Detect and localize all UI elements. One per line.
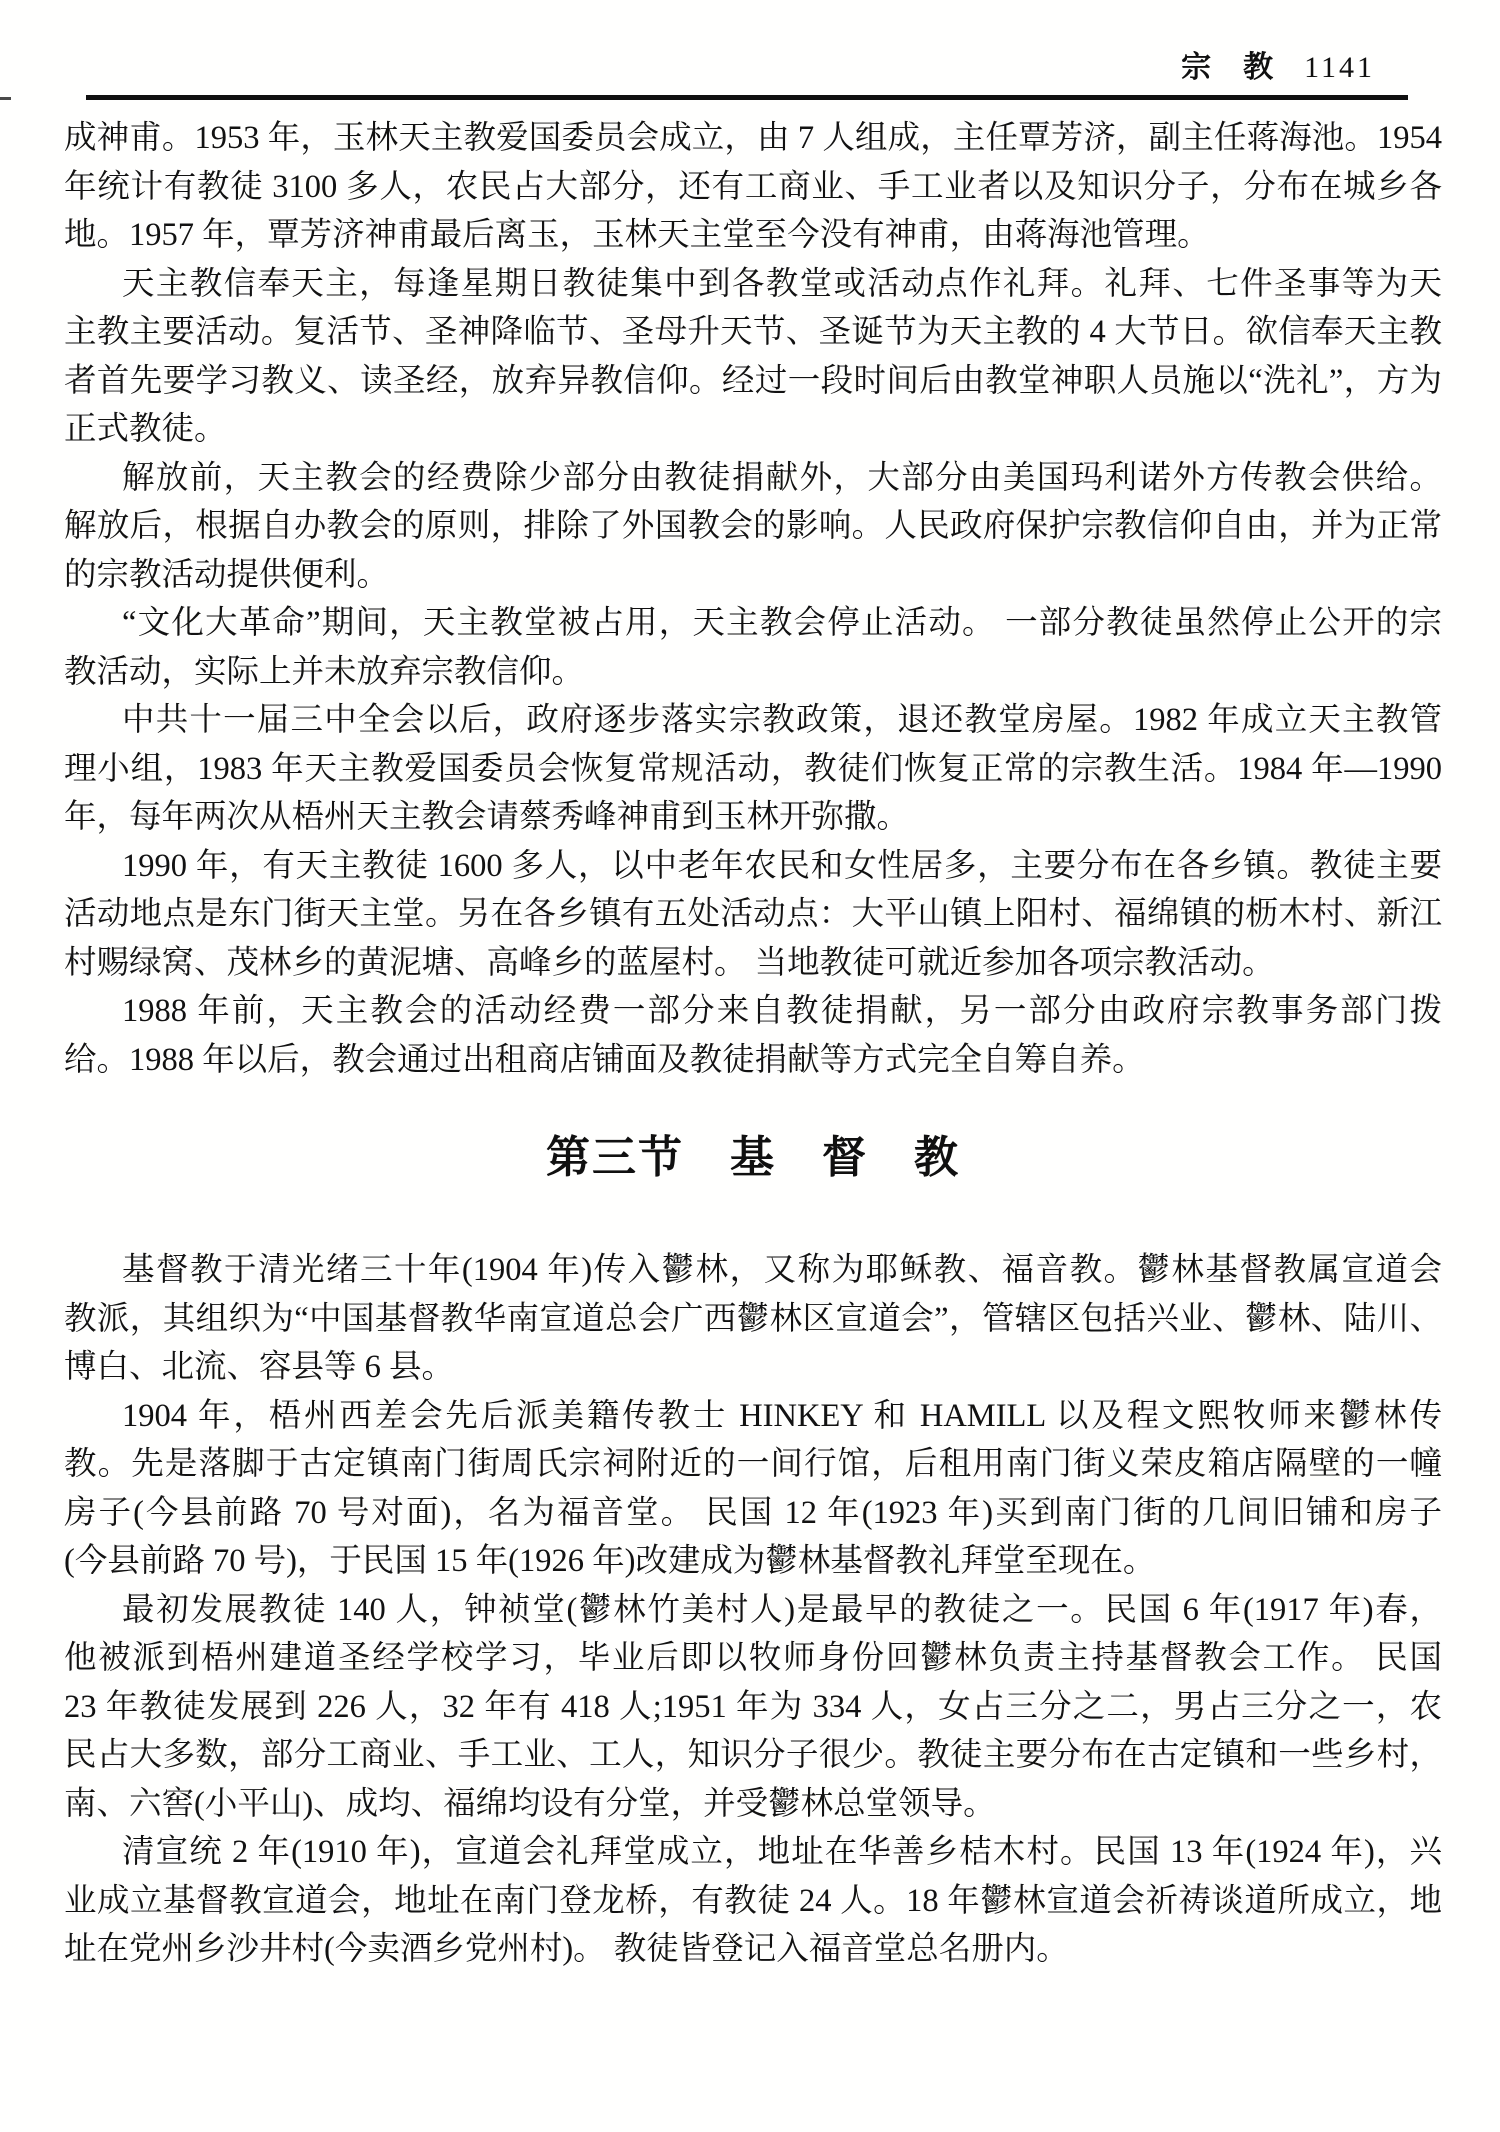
text-line: 活动地点是东门街天主堂。另在各乡镇有五处活动点：大平山镇上阳村、福绵镇的枥木村、… xyxy=(64,890,1442,939)
paragraph: 最初发展教徒 140 人，钟祯堂(鬱林竹美村人)是最早的教徒之一。民国 6 年(… xyxy=(64,1586,1442,1829)
page-content: 成神甫。1953 年，玉林天主教爱国委员会成立，由 7 人组成，主任覃芳济，副主… xyxy=(64,114,1442,1974)
paragraph: 天主教信奉天主，每逢星期日教徒集中到各教堂或活动点作礼拜。礼拜、七件圣事等为天 … xyxy=(64,260,1442,454)
text-line: (今县前路 70 号)，于民国 15 年(1926 年)改建成为鬱林基督教礼拜堂… xyxy=(64,1537,1442,1586)
text-line: 业成立基督教宣道会，地址在南门登龙桥，有教徒 24 人。18 年鬱林宣道会祈祷谈… xyxy=(64,1877,1442,1926)
scan-artifact xyxy=(0,97,11,100)
text-line: 解放后，根据自办教会的原则，排除了外国教会的影响。人民政府保护宗教信仰自由，并为… xyxy=(64,502,1442,551)
text-line: 清宣统 2 年(1910 年)，宣道会礼拜堂成立，地址在华善乡桔木村。民国 13… xyxy=(64,1828,1442,1877)
text-line: 主教主要活动。复活节、圣神降临节、圣母升天节、圣诞节为天主教的 4 大节日。欲信… xyxy=(64,308,1442,357)
paragraph: 解放前，天主教会的经费除少部分由教徒捐献外，大部分由美国玛利诺外方传教会供给。 … xyxy=(64,454,1442,600)
text-line: 房子(今县前路 70 号对面)，名为福音堂。 民国 12 年(1923 年)买到… xyxy=(64,1489,1442,1538)
paragraph: 基督教于清光绪三十年(1904 年)传入鬱林，又称为耶稣教、福音教。鬱林基督教属… xyxy=(64,1246,1442,1392)
header-section-title: 宗 教 xyxy=(1181,51,1274,84)
text-line: 年统计有教徒 3100 多人，农民占大部分，还有工商业、手工业者以及知识分子，分… xyxy=(64,163,1442,212)
paragraph: 1990 年，有天主教徒 1600 多人，以中老年农民和女性居多，主要分布在各乡… xyxy=(64,842,1442,988)
text-line: 基督教于清光绪三十年(1904 年)传入鬱林，又称为耶稣教、福音教。鬱林基督教属… xyxy=(64,1246,1442,1295)
text-line: 1990 年，有天主教徒 1600 多人，以中老年农民和女性居多，主要分布在各乡… xyxy=(64,842,1442,891)
text-line: 23 年教徒发展到 226 人，32 年有 418 人;1951 年为 334 … xyxy=(64,1683,1442,1732)
text-line: 最初发展教徒 140 人，钟祯堂(鬱林竹美村人)是最早的教徒之一。民国 6 年(… xyxy=(64,1586,1442,1635)
text-line: 地。1957 年，覃芳济神甫最后离玉，玉林天主堂至今没有神甫，由蒋海池管理。 xyxy=(64,211,1442,260)
text-line: 1904 年，梧州西差会先后派美籍传教士 HINKEY 和 HAMILL 以及程… xyxy=(64,1392,1442,1441)
text-line: 理小组，1983 年天主教爱国委员会恢复常规活动，教徒们恢复正常的宗教生活。19… xyxy=(64,745,1442,794)
catholicism-section-text: 成神甫。1953 年，玉林天主教爱国委员会成立，由 7 人组成，主任覃芳济，副主… xyxy=(64,114,1442,1084)
text-line: 天主教信奉天主，每逢星期日教徒集中到各教堂或活动点作礼拜。礼拜、七件圣事等为天 xyxy=(64,260,1442,309)
text-line: 正式教徒。 xyxy=(64,405,1442,454)
header-divider xyxy=(86,95,1408,100)
page-number: 1141 xyxy=(1304,51,1375,84)
text-line: 者首先要学习教义、读圣经，放弃异教信仰。经过一段时间后由教堂神职人员施以“洗礼”… xyxy=(64,357,1442,406)
text-line: 他被派到梧州建道圣经学校学习，毕业后即以牧师身份回鬱林负责主持基督教会工作。 民… xyxy=(64,1634,1442,1683)
book-page: 宗 教1141 成神甫。1953 年，玉林天主教爱国委员会成立，由 7 人组成，… xyxy=(0,0,1500,2132)
paragraph: 1904 年，梧州西差会先后派美籍传教士 HINKEY 和 HAMILL 以及程… xyxy=(64,1392,1442,1586)
paragraph: “文化大革命”期间，天主教堂被占用，天主教会停止活动。 一部分教徒虽然停止公开的… xyxy=(64,599,1442,696)
text-line: 博白、北流、容县等 6 县。 xyxy=(64,1343,1442,1392)
text-line: 南、六窖(小平山)、成均、福绵均设有分堂，并受鬱林总堂领导。 xyxy=(64,1780,1442,1829)
text-line: 教。先是落脚于古定镇南门街周氏宗祠附近的一间行馆，后租用南门街义荣皮箱店隔壁的一… xyxy=(64,1440,1442,1489)
text-line: 址在党州乡沙井村(今卖酒乡党州村)。 教徒皆登记入福音堂总名册内。 xyxy=(64,1925,1442,1974)
section-heading: 第三节 基 督 教 xyxy=(64,1126,1442,1190)
text-line: 1988 年前，天主教会的活动经费一部分来自教徒捐献，另一部分由政府宗教事务部门… xyxy=(64,987,1442,1036)
text-line: 民占大多数，部分工商业、手工业、工人，知识分子很少。教徒主要分布在古定镇和一些乡… xyxy=(64,1731,1442,1780)
text-line: 的宗教活动提供便利。 xyxy=(64,551,1442,600)
text-line: 教活动，实际上并未放弃宗教信仰。 xyxy=(64,648,1442,697)
text-line: 年，每年两次从梧州天主教会请蔡秀峰神甫到玉林开弥撒。 xyxy=(64,793,1442,842)
text-line: 教派，其组织为“中国基督教华南宣道总会广西鬱林区宣道会”，管辖区包括兴业、鬱林、… xyxy=(64,1295,1442,1344)
paragraph: 清宣统 2 年(1910 年)，宣道会礼拜堂成立，地址在华善乡桔木村。民国 13… xyxy=(64,1828,1442,1974)
text-line: 村赐绿窝、茂林乡的黄泥塘、高峰乡的蓝屋村。 当地教徒可就近参加各项宗教活动。 xyxy=(64,939,1442,988)
paragraph: 成神甫。1953 年，玉林天主教爱国委员会成立，由 7 人组成，主任覃芳济，副主… xyxy=(64,114,1442,260)
text-line: 成神甫。1953 年，玉林天主教爱国委员会成立，由 7 人组成，主任覃芳济，副主… xyxy=(64,114,1442,163)
text-line: 给。1988 年以后，教会通过出租商店铺面及教徒捐献等方式完全自筹自养。 xyxy=(64,1036,1442,1085)
text-line: 解放前，天主教会的经费除少部分由教徒捐献外，大部分由美国玛利诺外方传教会供给。 xyxy=(64,454,1442,503)
paragraph: 中共十一届三中全会以后，政府逐步落实宗教政策，退还教堂房屋。1982 年成立天主… xyxy=(64,696,1442,842)
text-line: 中共十一届三中全会以后，政府逐步落实宗教政策，退还教堂房屋。1982 年成立天主… xyxy=(64,696,1442,745)
running-header: 宗 教1141 xyxy=(1181,42,1375,86)
paragraph: 1988 年前，天主教会的活动经费一部分来自教徒捐献，另一部分由政府宗教事务部门… xyxy=(64,987,1442,1084)
christianity-section-text: 基督教于清光绪三十年(1904 年)传入鬱林，又称为耶稣教、福音教。鬱林基督教属… xyxy=(64,1246,1442,1974)
text-line: “文化大革命”期间，天主教堂被占用，天主教会停止活动。 一部分教徒虽然停止公开的… xyxy=(64,599,1442,648)
